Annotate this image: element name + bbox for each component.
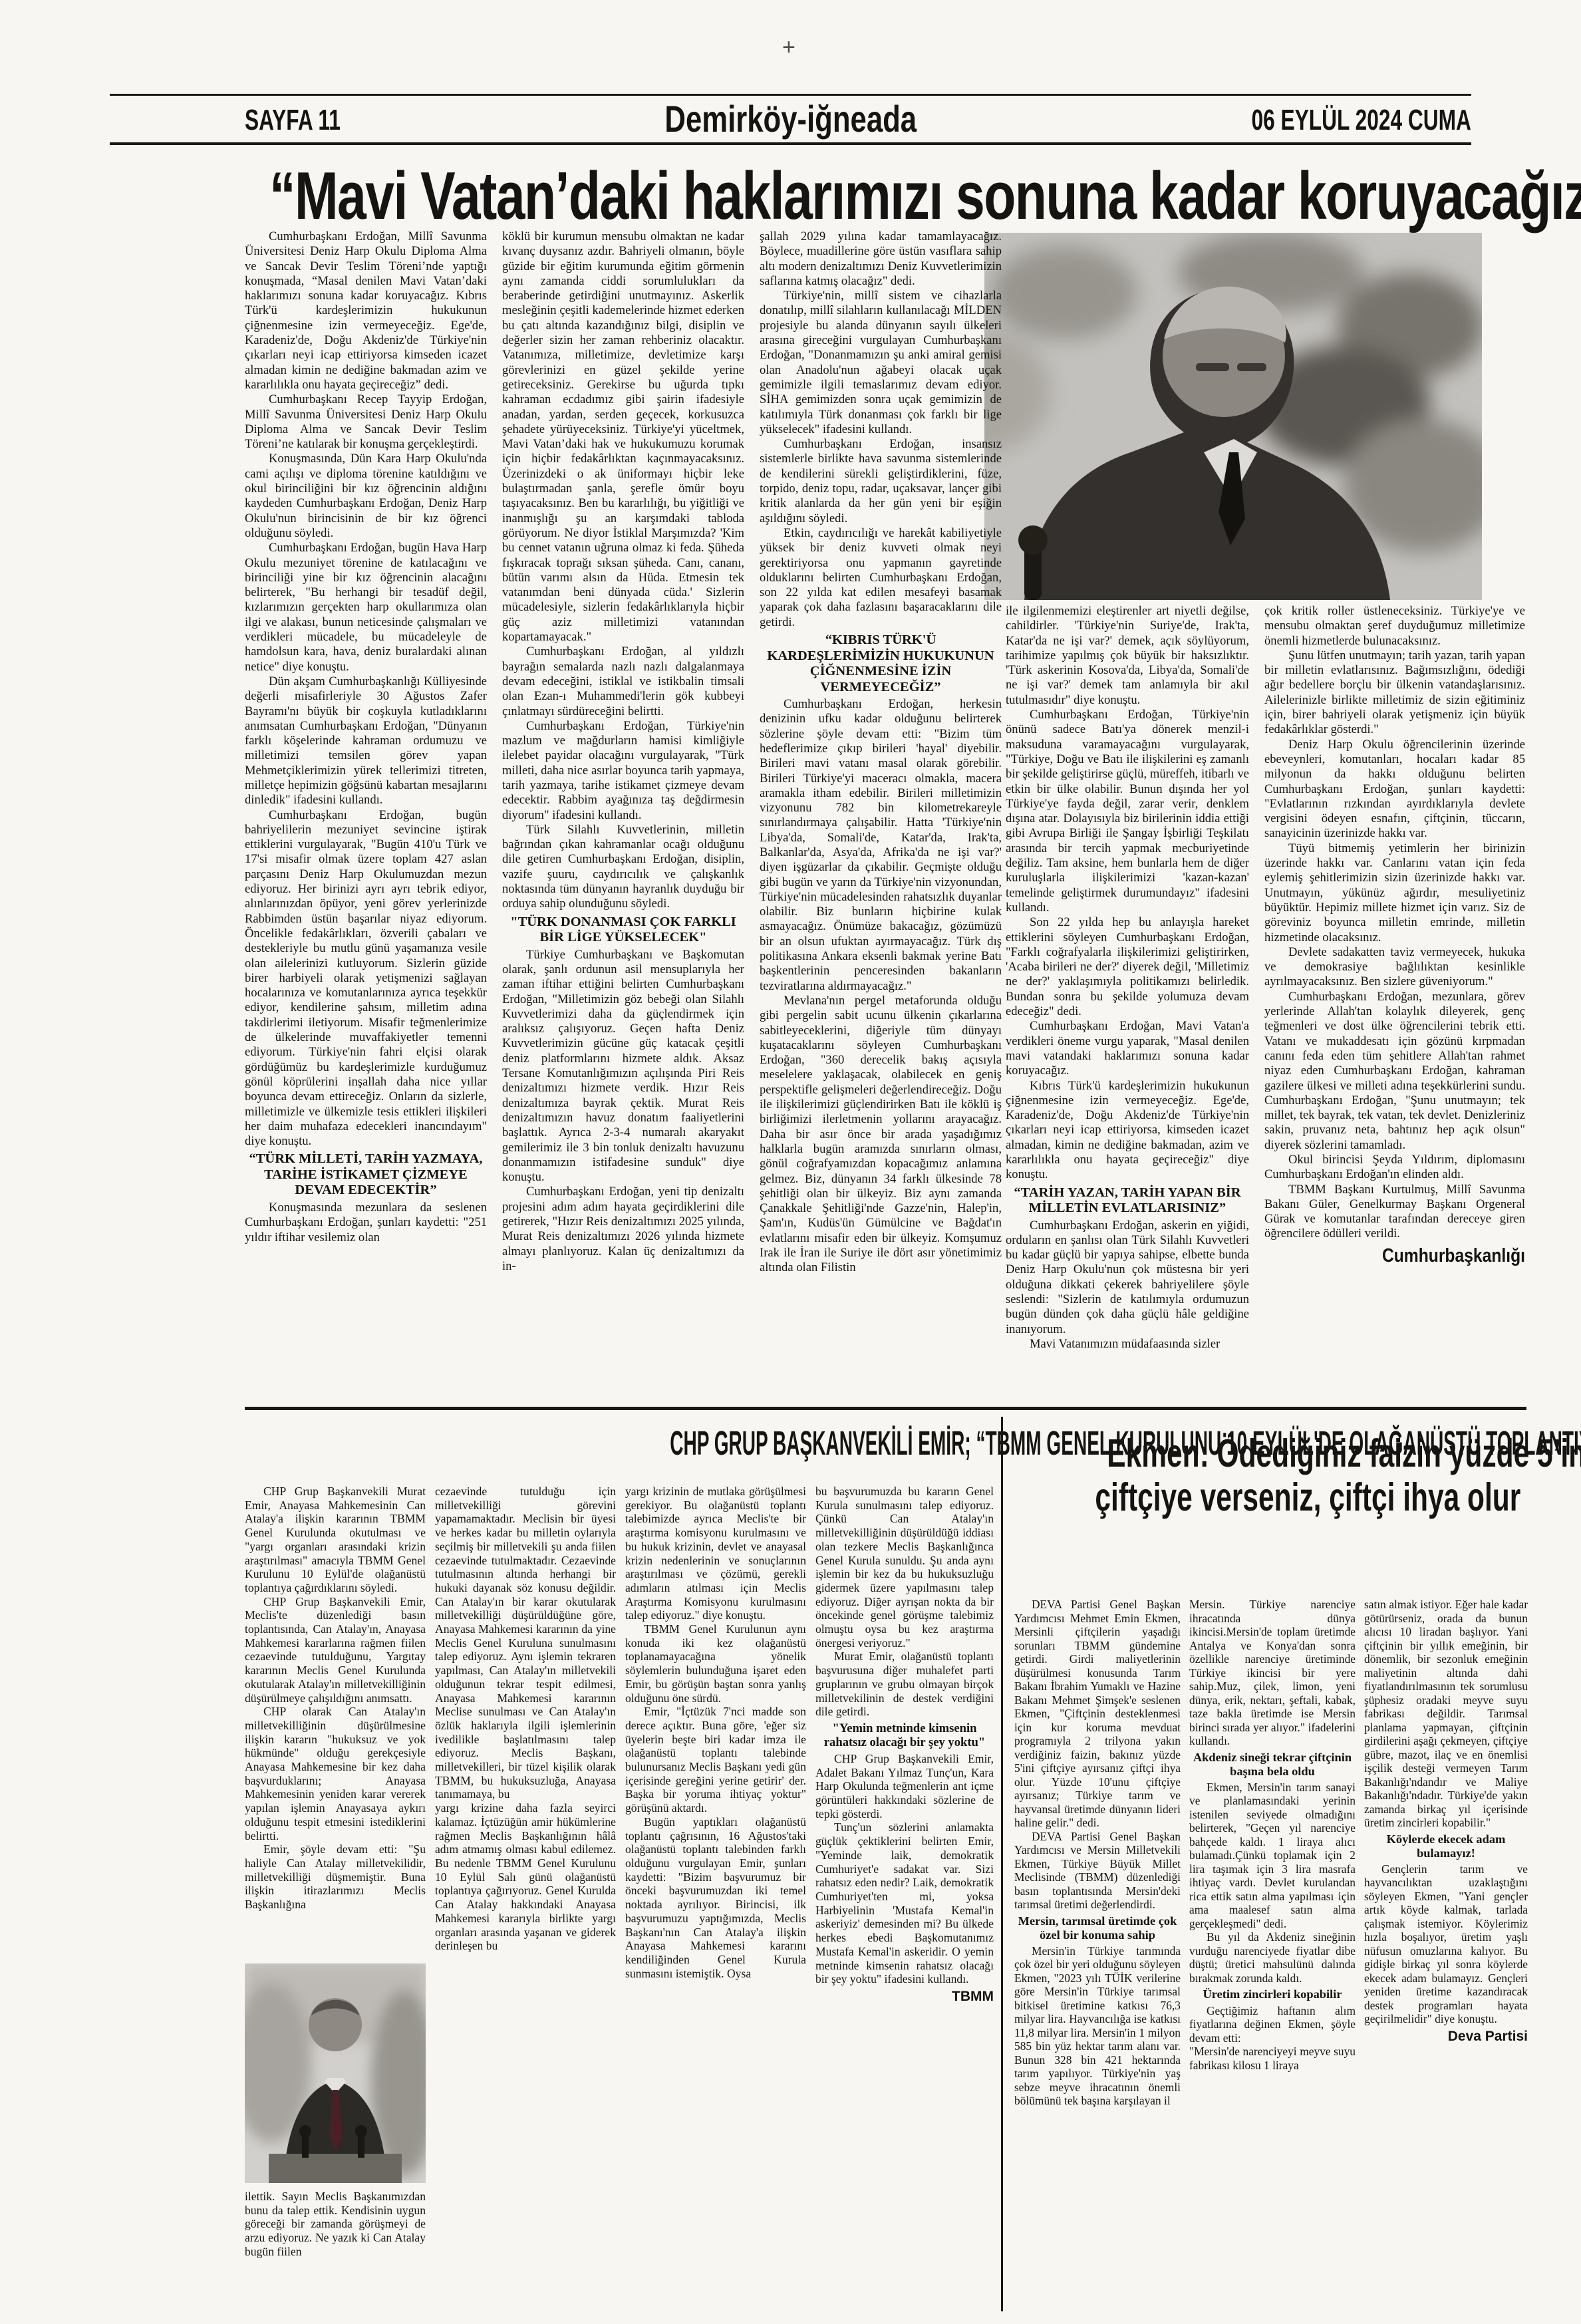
subhead: Köylerde ekecek adam bulamayız! (1364, 1832, 1528, 1860)
lead-column-2: köklü bir kurumun mensubu olmaktan ne ka… (502, 229, 744, 1408)
paragraph: Emir, "İçtüzük 7'nci madde son derece aç… (625, 1705, 806, 1815)
paragraph: Okul birincisi Şeyda Yıldırım, diploması… (1264, 1153, 1525, 1183)
chp-column-1b: ilettik. Sayın Meclis Başkanımızdan bunu… (245, 2190, 426, 2309)
paragraph: bu başvurumuzda bu kararın Genel Kurula … (815, 1485, 994, 1650)
paragraph: Şunu lütfen unutmayın; tarih yazan, tari… (1264, 649, 1525, 738)
lead-column-5: çok kritik roller üstleneceksiniz. Türki… (1264, 604, 1525, 1408)
subhead: "TÜRK DONANMASI ÇOK FARKLI BİR LİGE YÜKS… (502, 915, 744, 946)
paragraph: cezaevinde tutulduğu için milletvekilliğ… (435, 1485, 616, 1801)
murat-emir-press-photo (245, 1963, 426, 2183)
paragraph: Cumhurbaşkanı Erdoğan, bugün Hava Harp O… (245, 541, 487, 674)
paragraph: Mavi Vatanımızın müdafaasında sizler (1006, 1337, 1249, 1352)
subhead: "Yemin metninde kimsenin rahatsız olacağ… (815, 1721, 994, 1750)
chp-column-3: yargı krizinin de mutlaka görüşülmesi ge… (625, 1485, 806, 2309)
paragraph: Dün akşam Cumhurbaşkanlığı Külliyesinde … (245, 674, 487, 808)
masthead-bottom-rule (110, 142, 1471, 145)
ekmen-column-2: Mersin. Türkiye narenciye ihracatında dü… (1189, 1598, 1356, 2308)
chp-headline: CHP GRUP BAŞKANVEKİLİ EMİR; “TBMM GENEL … (245, 1423, 996, 1463)
paragraph: Cumhurbaşkanı Erdoğan, Türkiye'nin önünü… (1006, 708, 1249, 915)
paragraph: Konuşmasında, Dün Kara Harp Okulu'nda ca… (245, 452, 487, 541)
paragraph: Geçtiğimiz haftanın alım fiyatlarına değ… (1189, 2004, 1356, 2045)
paragraph: Türk Silahlı Kuvvetlerinin, milletin bağ… (502, 823, 744, 912)
chp-column-2: cezaevinde tutulduğu için milletvekilliğ… (435, 1485, 616, 2309)
paragraph: Cumhurbaşkanı Erdoğan, bugün bahriyelile… (245, 808, 487, 1149)
paragraph: Cumhurbaşkanı Erdoğan, al yıldızlı bayra… (502, 645, 744, 718)
ekmen-headline-line2: çiftçiye verseniz, çiftçi ihya olur (1095, 1475, 1520, 1519)
paragraph: TBMM Genel Kurulunun aynı konuda iki kez… (625, 1622, 806, 1705)
lead-headline: “Mavi Vatan’daki haklarımızı sonuna kada… (80, 158, 1501, 235)
paragraph: Ekmen, Mersin'in tarım sanayi ve planlam… (1189, 1781, 1356, 1931)
paragraph: Tüyü bitmemiş yetimlerin her birinizin ü… (1264, 841, 1525, 945)
paragraph: şallah 2029 yılına kadar tamamlayacağız.… (760, 229, 1002, 289)
ekmen-headline: Ekmen: Ödediğiniz faizin yüzde 5’ini çif… (1012, 1431, 1526, 1519)
paragraph: çok kritik roller üstleneceksiniz. Türki… (1264, 604, 1525, 649)
paragraph: Kıbrıs Türk'ü kardeşlerimizin hukukunun … (1006, 1079, 1249, 1183)
paragraph: CHP olarak Can Atalay'ın milletvekilliği… (245, 1705, 426, 1842)
paragraph: satın almak istiyor. Eğer hale kadar göt… (1364, 1598, 1528, 1830)
paragraph: TBMM Başkanı Kurtulmuş, Millî Savunma Ba… (1264, 1183, 1525, 1242)
newspaper-page: + SAYFA 11 Demirköy-iğneada 06 EYLÜL 202… (0, 0, 1581, 2324)
ekmen-column-1: DEVA Partisi Genel Başkan Yardımcısı Meh… (1014, 1598, 1181, 2308)
paragraph: CHP Grup Başkanvekili Murat Emir, Anayas… (245, 1485, 426, 1595)
paragraph: Cumhurbaşkanı Erdoğan, askerin en yiğidi… (1006, 1219, 1249, 1337)
erdogan-speech-photo-art (984, 233, 1482, 600)
paragraph: DEVA Partisi Genel Başkan Yardımcısı ve … (1014, 1830, 1181, 1912)
subhead: Üretim zincirleri kopabilir (1189, 1987, 1356, 2001)
ekmen-byline-text: Deva Partisi (1448, 2029, 1528, 2044)
paragraph: Türkiye'nin, millî sistem ve cihazlarla … (760, 289, 1002, 437)
lead-column-1: Cumhurbaşkanı Erdoğan, Millî Savunma Üni… (245, 229, 487, 1408)
paragraph: köklü bir kurumun mensubu olmaktan ne ka… (502, 229, 744, 645)
issue-date-text: 06 EYLÜL 2024 CUMA (1252, 104, 1471, 137)
paragraph: Deniz Harp Okulu öğrencilerinin üzerinde… (1264, 738, 1525, 841)
paragraph: Cumhurbaşkanı Erdoğan, Mavi Vatan'a verd… (1006, 1019, 1249, 1078)
lead-column-4: ile ilgilenmemizi eleştirenler art niyet… (1006, 604, 1249, 1408)
paragraph: yargı krizinin de mutlaka görüşülmesi ge… (625, 1485, 806, 1622)
paragraph: Son 22 yılda hep bu anlayışla hareket et… (1006, 915, 1249, 1019)
lead-column-3: şallah 2029 yılına kadar tamamlayacağız.… (760, 229, 1002, 1408)
paragraph: Cumhurbaşkanı Erdoğan, Millî Savunma Üni… (245, 229, 487, 392)
article-vertical-rule (1001, 1417, 1003, 2311)
section-divider-rule (245, 1407, 1526, 1410)
paragraph: Etkin, caydırıcılığı ve harekât kabiliye… (760, 526, 1002, 630)
chp-byline: TBMM (815, 1990, 994, 2004)
registration-cross: + (782, 35, 795, 61)
murat-emir-photo-art (245, 1963, 426, 2183)
paragraph: Cumhurbaşkanı Erdoğan, insansız sistemle… (760, 437, 1002, 526)
paragraph: Gençlerin tarım ve hayvancılıktan uzakla… (1364, 1862, 1528, 2026)
subhead: Mersin, tarımsal üretimde çok özel bir k… (1014, 1914, 1181, 1942)
erdogan-speech-photo (984, 233, 1482, 600)
paragraph: Cumhurbaşkanı Recep Tayyip Erdoğan, Mill… (245, 392, 487, 452)
subhead: “TÜRK MİLLETİ, TARİH YAZMAYA, TARİHE İST… (245, 1151, 487, 1199)
paragraph: ile ilgilenmemizi eleştirenler art niyet… (1006, 604, 1249, 708)
paragraph: Devlete sadakatten taviz vermeyecek, huk… (1264, 945, 1525, 990)
subhead: “KIBRIS TÜRK'Ü KARDEŞLERİMİZİN HUKUKUNUN… (760, 633, 1002, 695)
paragraph: Bugün yaptıkları olağanüstü toplantı çağ… (625, 1815, 806, 1980)
chp-column-4: bu başvurumuzda bu kararın Genel Kurula … (815, 1485, 994, 2309)
paragraph: "Mersin'de narenciyeyi meyve suyu fabrik… (1189, 2045, 1356, 2072)
paragraph: Mersin. Türkiye narenciye ihracatında dü… (1189, 1598, 1356, 1748)
chp-column-1a: CHP Grup Başkanvekili Murat Emir, Anayas… (245, 1485, 426, 1962)
paragraph: CHP Grup Başkanvekili Emir, Adalet Bakan… (815, 1752, 994, 1821)
paragraph: Cumhurbaşkanı Erdoğan, Türkiye'nin mazlu… (502, 719, 744, 823)
issue-date: 06 EYLÜL 2024 CUMA (1166, 104, 1471, 137)
paragraph: Konuşmasında mezunlara da seslenen Cumhu… (245, 1201, 487, 1245)
paragraph: DEVA Partisi Genel Başkan Yardımcısı Meh… (1014, 1598, 1181, 1830)
paragraph: Murat Emir, olağanüstü toplantı başvurus… (815, 1650, 994, 1719)
lead-byline-text: Cumhurbaşkanlığı (1382, 1248, 1525, 1263)
paragraph: Türkiye Cumhurbaşkanı ve Başkomutan olar… (502, 948, 744, 1185)
newspaper-title-text: Demirköy-iğneada (664, 97, 917, 140)
paragraph: ilettik. Sayın Meclis Başkanımızdan bunu… (245, 2190, 426, 2259)
paragraph: Bu yıl da Akdeniz sineğinin vurduğu nare… (1189, 1930, 1356, 1985)
paragraph: CHP Grup Başkanvekili Emir, Meclis'te dü… (245, 1595, 426, 1705)
paragraph: Mevlana'nın pergel metaforunda olduğu gi… (760, 994, 1002, 1276)
lead-byline: Cumhurbaşkanlığı (1264, 1248, 1525, 1263)
ekmen-byline: Deva Partisi (1364, 2030, 1528, 2044)
ekmen-column-3: satın almak istiyor. Eğer hale kadar göt… (1364, 1598, 1528, 2308)
subhead: Akdeniz sineği tekrar çiftçinin başına b… (1189, 1751, 1356, 1779)
paragraph: Cumhurbaşkanı Erdoğan, mezunlara, görev … (1264, 990, 1525, 1153)
chp-byline-text: TBMM (952, 1989, 994, 2004)
subhead: “TARİH YAZAN, TARİH YAPAN BİR MİLLETİN E… (1006, 1185, 1249, 1217)
masthead-top-rule (110, 94, 1471, 96)
paragraph: Cumhurbaşkanı Erdoğan, herkesin denizini… (760, 697, 1002, 994)
paragraph: Emir, şöyle devam etti: "Şu haliyle Can … (245, 1842, 426, 1912)
ekmen-headline-line1: Ekmen: Ödediğiniz faizin yüzde 5’ini (1107, 1431, 1581, 1475)
paragraph: Cumhurbaşkanı Erdoğan, yeni tip denizalt… (502, 1185, 744, 1274)
paragraph: Tunç'un sözlerini anlamakta güçlük çekti… (815, 1820, 994, 1985)
paragraph: yargı krizine daha fazla seyirci kalamaz… (435, 1801, 616, 1953)
paragraph: Mersin'in Türkiye tarımında çok özel bir… (1014, 1944, 1181, 2108)
lead-headline-text: “Mavi Vatan’daki haklarımızı sonuna kada… (269, 158, 1581, 235)
